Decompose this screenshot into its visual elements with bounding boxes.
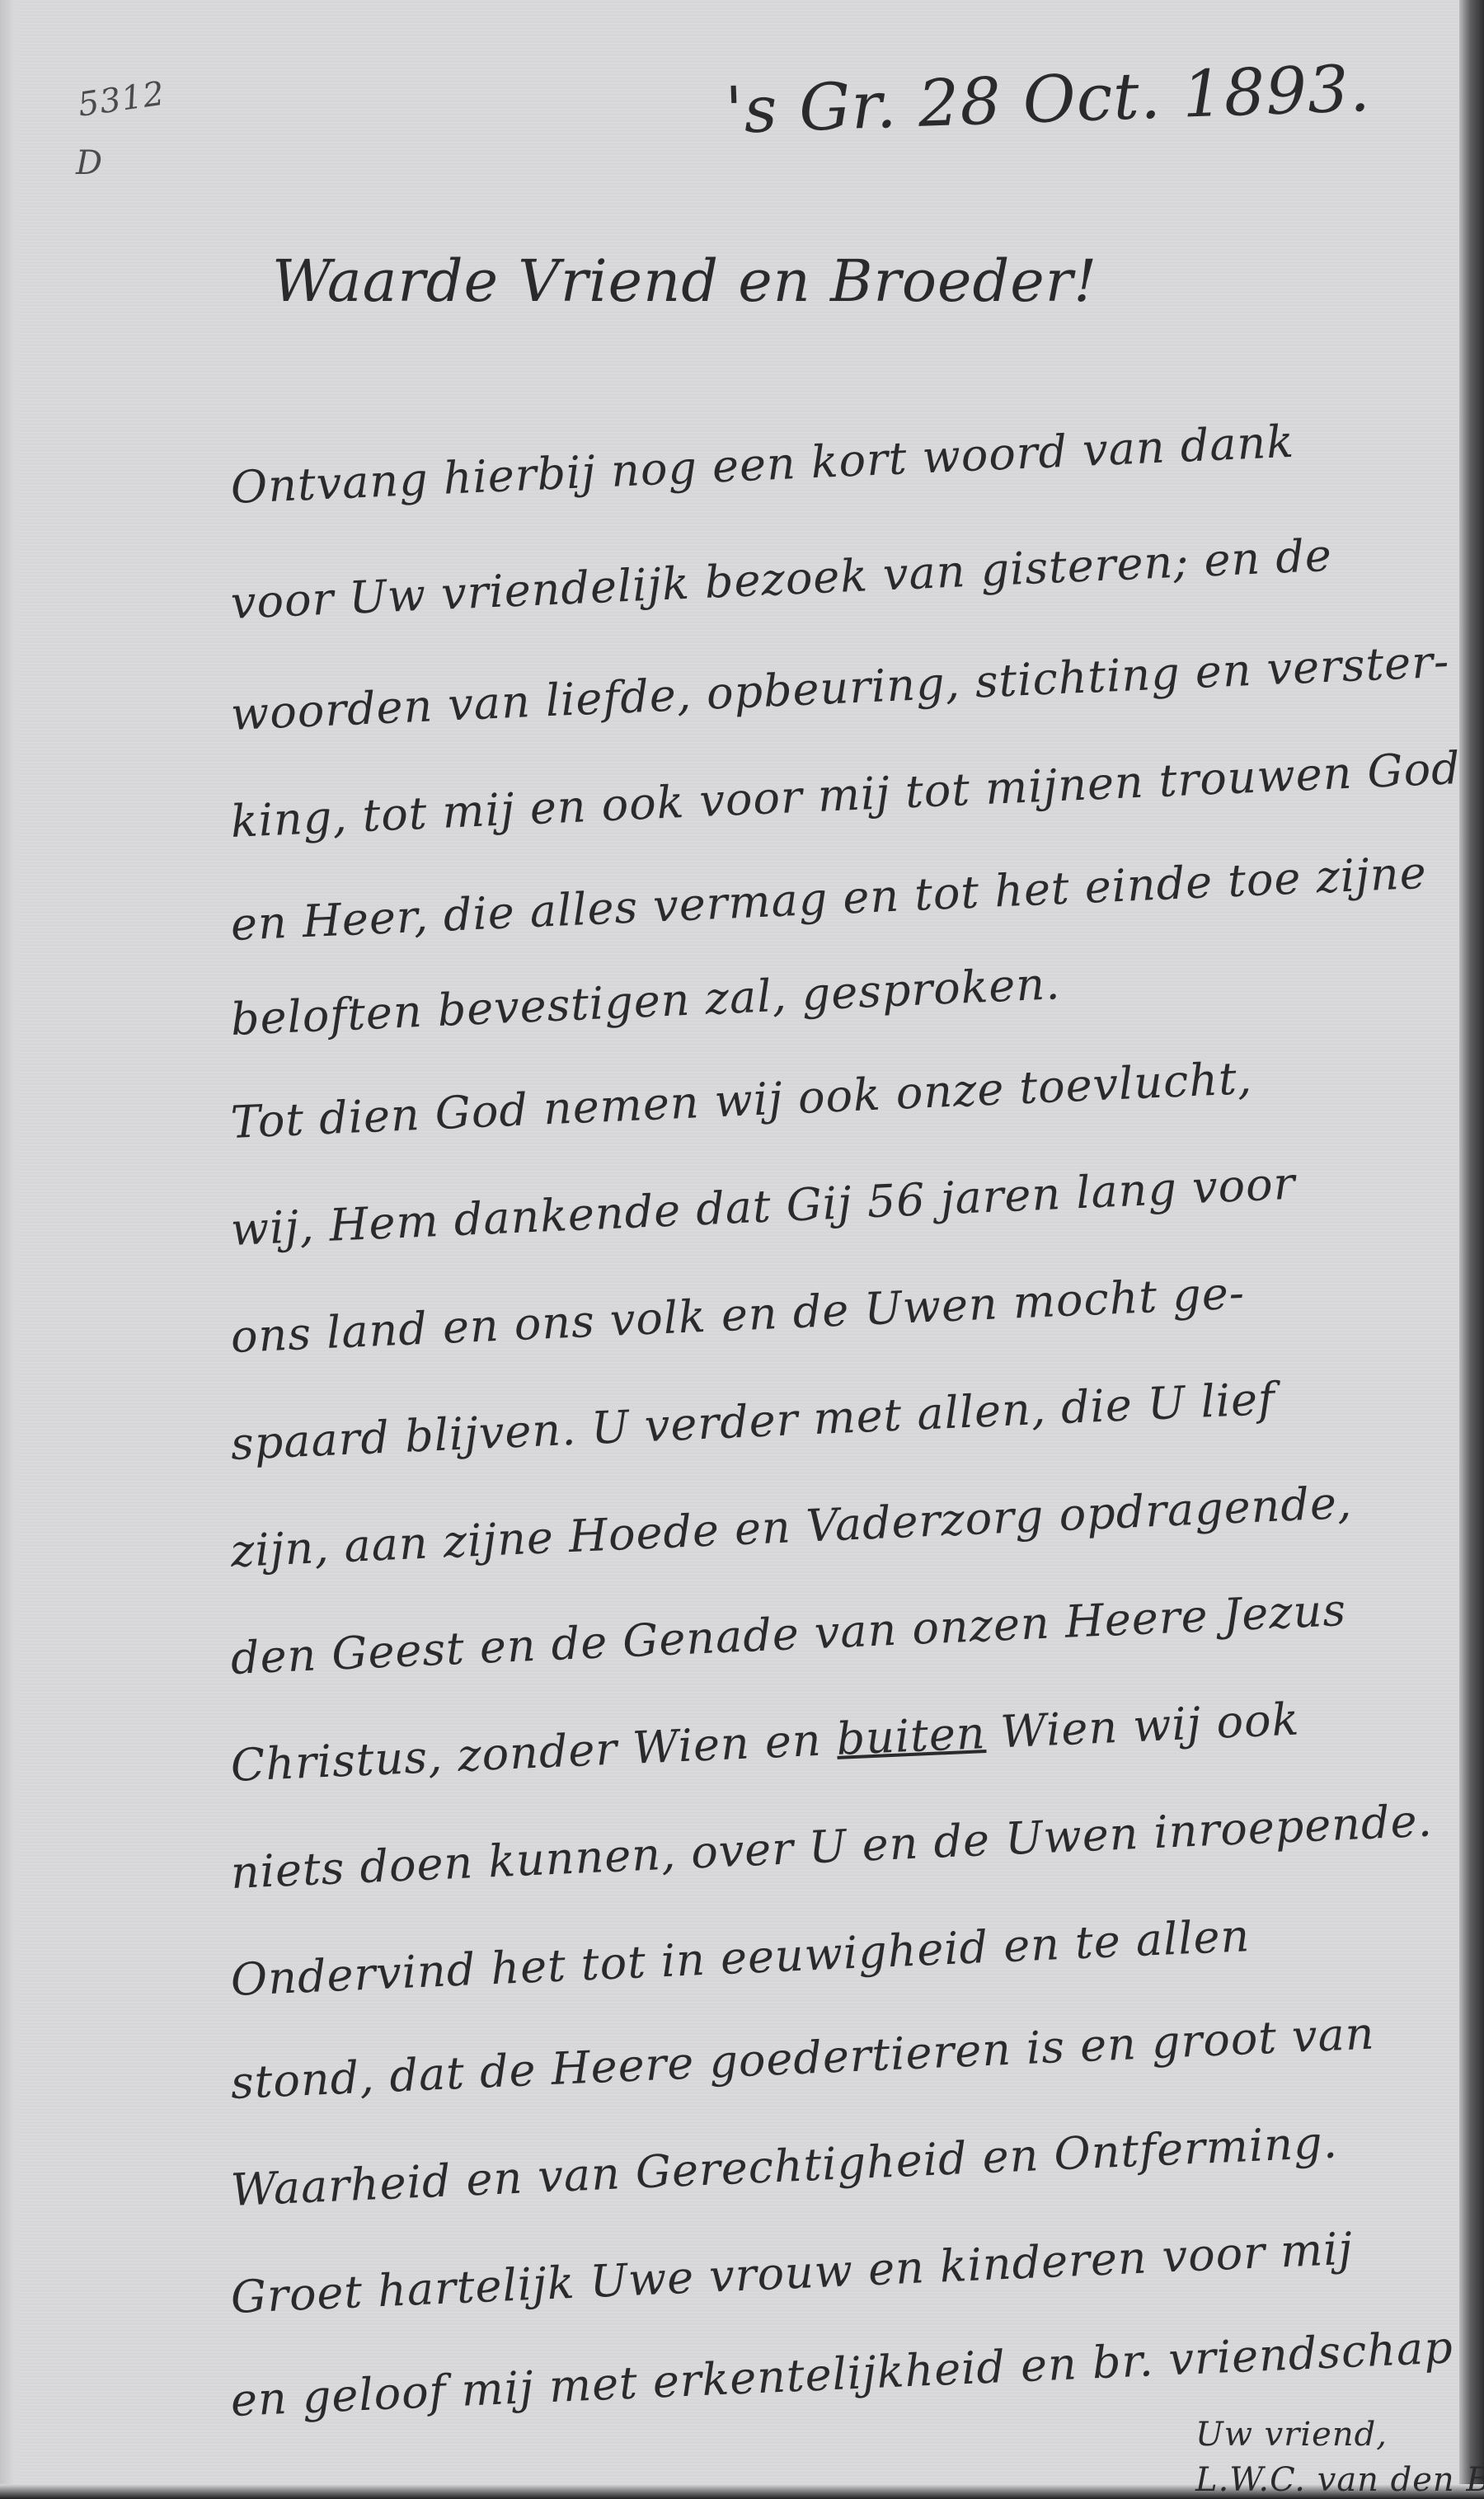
underlined-word: buiten xyxy=(835,1707,987,1765)
letter-line-text: Christus, zonder Wien en buiten Wien wij… xyxy=(230,1693,1301,1792)
page-binding-shadow xyxy=(1459,0,1484,2499)
letter-line: en Heer, die alles vermag en tot het ein… xyxy=(230,847,1428,951)
letter-line: Ondervind het tot in eeuwigheid en te al… xyxy=(230,1909,1252,2006)
letter-line: den Geest en de Genade van onzen Heere J… xyxy=(230,1584,1348,1684)
letter-line: en geloof mij met erkentelijkheid en br.… xyxy=(230,2321,1454,2426)
letter-line: Tot dien God nemen wij ook onze toevluch… xyxy=(230,1052,1254,1149)
letter-line: spaard blijven. U verder met allen, die … xyxy=(230,1373,1277,1470)
letter-line: wij, Hem dankende dat Gij 56 jaren lang … xyxy=(230,1158,1297,1256)
letter-line-underlined: Christus, zonder Wien en buiten Wien wij… xyxy=(230,1693,1301,1792)
letter-line: king, tot mij en ook voor mij tot mijnen… xyxy=(230,742,1462,848)
page-left-edge xyxy=(0,0,15,2499)
closing: Uw vriend, xyxy=(1195,2416,1388,2454)
letter-line: niets doen kunnen, over U en de Uwen inr… xyxy=(230,1794,1434,1899)
letter-line: Groet hartelijk Uwe vrouw en kinderen vo… xyxy=(230,2223,1355,2323)
archive-number: 5312 xyxy=(76,74,167,124)
letter-line: woorden van liefde, opbeuring, stichting… xyxy=(230,635,1451,740)
letter-line: voor Uw vriendelijk bezoek van gisteren;… xyxy=(230,529,1333,629)
letter-line: zijn, aan zijne Hoede en Vaderzorg opdra… xyxy=(230,1477,1354,1577)
dateline: 's Gr. 28 Oct. 1893. xyxy=(724,52,1371,148)
salutation: Waarde Vriend en Broeder! xyxy=(272,247,1097,315)
letter-line: stond, dat de Heere goedertieren is en g… xyxy=(230,2007,1376,2109)
archive-letter: D xyxy=(76,144,103,182)
letter-page: 5312 D 's Gr. 28 Oct. 1893. Waarde Vrien… xyxy=(0,0,1484,2499)
signature: L.W.C. van den Berg xyxy=(1195,2461,1484,2499)
letter-line: Ontvang hierbij nog een kort woord van d… xyxy=(230,416,1296,514)
letter-line: Waarheid en van Gerechtigheid en Ontferm… xyxy=(230,2116,1339,2216)
letter-line: beloften bevestigen zal, gesproken. xyxy=(230,957,1062,1045)
letter-line: ons land en ons volk en de Uwen mocht ge… xyxy=(230,1266,1247,1363)
